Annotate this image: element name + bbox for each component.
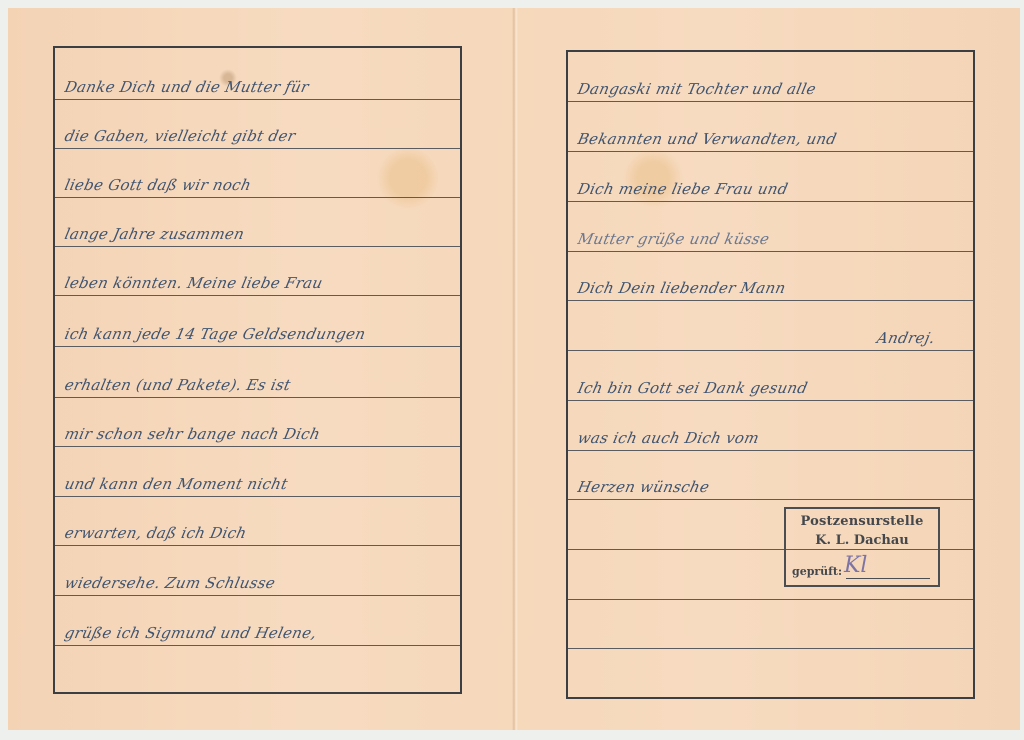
- ruled-line: [55, 545, 460, 546]
- handwritten-line: Ich bin Gott sei Dank gesund: [576, 379, 971, 397]
- ruled-line: [568, 151, 973, 152]
- handwritten-line: grüße ich Sigmund und Helene,: [63, 624, 458, 642]
- handwritten-line: Dich Dein liebender Mann: [576, 279, 971, 297]
- handwritten-line: Dangaski mit Tochter und alle: [576, 80, 971, 98]
- ruled-line: [55, 645, 460, 646]
- censor-stamp: Postzensurstelle K. L. Dachau geprüft: K…: [784, 507, 940, 587]
- handwritten-line: Dich meine liebe Frau und: [576, 180, 971, 198]
- left-page-frame: Danke Dich und die Mutter für die Gaben,…: [53, 46, 462, 694]
- handwritten-line: ich kann jede 14 Tage Geldsendungen: [63, 325, 458, 343]
- ruled-line: [568, 450, 973, 451]
- handwritten-line: erhalten (und Pakete). Es ist: [63, 376, 458, 394]
- ruled-line: [568, 400, 973, 401]
- ruled-line: [568, 648, 973, 649]
- ruled-line: [55, 595, 460, 596]
- stamp-signature-rule: [846, 578, 930, 579]
- handwritten-line: Herzen wünsche: [576, 478, 971, 496]
- handwritten-line: und kann den Moment nicht: [63, 475, 458, 493]
- handwritten-line: liebe Gott daß wir noch: [63, 176, 458, 194]
- stamp-office: Postzensurstelle: [786, 514, 938, 529]
- handwritten-line: wiedersehe. Zum Schlusse: [63, 574, 458, 592]
- handwritten-line: die Gaben, vielleicht gibt der: [63, 127, 458, 145]
- ruled-line: [55, 446, 460, 447]
- ruled-line: [55, 246, 460, 247]
- stamp-camp: K. L. Dachau: [786, 533, 938, 548]
- ruled-line: [55, 99, 460, 100]
- handwritten-line: Danke Dich und die Mutter für: [63, 78, 458, 96]
- right-page-frame: Dangaski mit Tochter und alle Bekannten …: [566, 50, 975, 699]
- ruled-line: [55, 496, 460, 497]
- center-fold: [512, 8, 518, 730]
- handwritten-line: erwarten, daß ich Dich: [63, 524, 458, 542]
- ruled-line: [55, 197, 460, 198]
- handwritten-line: leben könnten. Meine liebe Frau: [63, 274, 458, 292]
- ruled-line: [568, 251, 973, 252]
- handwritten-line: was ich auch Dich vom: [576, 429, 971, 447]
- ruled-line: [568, 201, 973, 202]
- ruled-line: [568, 300, 973, 301]
- handwritten-line: lange Jahre zusammen: [63, 225, 458, 243]
- stamp-checked-label: geprüft:: [792, 565, 842, 578]
- handwritten-line: mir schon sehr bange nach Dich: [63, 425, 458, 443]
- ruled-line: [55, 397, 460, 398]
- handwritten-line: Mutter grüße und küsse: [576, 230, 971, 248]
- ruled-line: [55, 148, 460, 149]
- censor-initials: Kl: [844, 553, 867, 578]
- ruled-line: [568, 101, 973, 102]
- ruled-line: [568, 499, 973, 500]
- ruled-line: [55, 295, 460, 296]
- ruled-line: [55, 346, 460, 347]
- handwritten-line: Bekannten und Verwandten, und: [576, 130, 971, 148]
- ruled-line: [568, 350, 973, 351]
- signature: Andrej.: [576, 329, 971, 347]
- ruled-line: [568, 599, 973, 600]
